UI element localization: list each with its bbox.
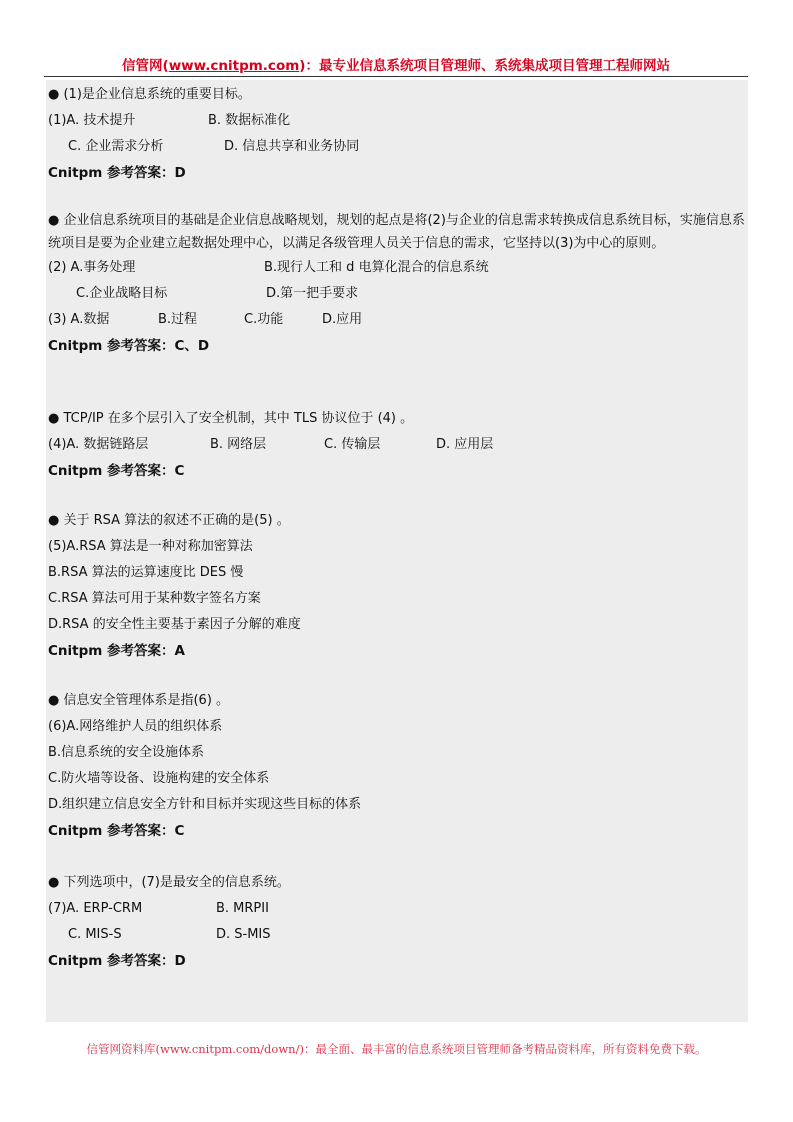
question-stem: ● 信息安全管理体系是指(6) 。 — [48, 688, 748, 714]
question-4: ● TCP/IP 在多个层引入了安全机制，其中 TLS 协议位于 (4) 。 (… — [48, 406, 748, 484]
option-row: (2) A.事务处理 B.现行人工和 d 电算化混合的信息系统 — [48, 255, 748, 281]
question-stem: ● 下列选项中，(7)是最安全的信息系统。 — [48, 870, 748, 896]
option-c: C.RSA 算法可用于某种数字签名方案 — [48, 586, 748, 612]
option-row: (3) A.数据 B.过程 C.功能 D.应用 — [48, 307, 748, 333]
option-d: D.第一把手要求 — [266, 281, 358, 307]
header-site-link[interactable]: www.cnitpm.com — [169, 58, 300, 74]
option-a: (4)A. 数据链路层 — [48, 432, 148, 458]
option-d: D.组织建立信息安全方针和目标并实现这些目标的体系 — [48, 792, 748, 818]
option-c: C.企业战略目标 — [76, 281, 167, 307]
question-5: ● 关于 RSA 算法的叙述不正确的是(5) 。 (5)A.RSA 算法是一种对… — [48, 508, 748, 664]
option-b: B. MRPII — [216, 896, 269, 922]
answer-label: Cnitpm 参考答案：C — [48, 458, 748, 484]
option-c: C.功能 — [244, 307, 283, 333]
option-b: B.过程 — [158, 307, 197, 333]
question-6: ● 信息安全管理体系是指(6) 。 (6)A.网络维护人员的组织体系 B.信息系… — [48, 688, 748, 844]
option-c: C.防火墙等设备、设施构建的安全体系 — [48, 766, 748, 792]
option-row: (1)A. 技术提升 B. 数据标准化 — [48, 108, 748, 134]
option-row: (4)A. 数据链路层 B. 网络层 C. 传输层 D. 应用层 — [48, 432, 748, 458]
question-stem: ● 企业信息系统项目的基础是企业信息战略规划，规划的起点是将(2)与企业的信息需… — [48, 208, 748, 255]
option-c: C. MIS-S — [68, 922, 122, 948]
option-c: C. 传输层 — [324, 432, 380, 458]
question-panel: ● (1)是企业信息系统的重要目标。 (1)A. 技术提升 B. 数据标准化 C… — [46, 80, 748, 1022]
page-header: 信管网(www.cnitpm.com)：最专业信息系统项目管理师、系统集成项目管… — [44, 56, 748, 76]
option-b: B. 数据标准化 — [208, 108, 290, 134]
option-a: (2) A.事务处理 — [48, 255, 135, 281]
header-prefix: 信管网( — [122, 58, 169, 74]
option-b: B.信息系统的安全设施体系 — [48, 740, 748, 766]
question-stem: ● 关于 RSA 算法的叙述不正确的是(5) 。 — [48, 508, 748, 534]
question-2: ● 企业信息系统项目的基础是企业信息战略规划，规划的起点是将(2)与企业的信息需… — [48, 208, 748, 359]
answer-label: Cnitpm 参考答案：D — [48, 160, 748, 186]
option-row: C. 企业需求分析 D. 信息共享和业务协同 — [48, 134, 748, 160]
option-c: C. 企业需求分析 — [68, 134, 163, 160]
question-7: ● 下列选项中，(7)是最安全的信息系统。 (7)A. ERP-CRM B. M… — [48, 870, 748, 974]
answer-label: Cnitpm 参考答案：D — [48, 948, 748, 974]
header-divider — [44, 76, 748, 77]
option-row: C. MIS-S D. S-MIS — [48, 922, 748, 948]
answer-label: Cnitpm 参考答案：A — [48, 638, 748, 664]
option-row: (7)A. ERP-CRM B. MRPII — [48, 896, 748, 922]
answer-label: Cnitpm 参考答案：C、D — [48, 333, 748, 359]
answer-label: Cnitpm 参考答案：C — [48, 818, 748, 844]
option-a: (6)A.网络维护人员的组织体系 — [48, 714, 748, 740]
header-suffix: )：最专业信息系统项目管理师、系统集成项目管理工程师网站 — [299, 58, 670, 74]
option-b: B. 网络层 — [210, 432, 266, 458]
option-d: D. S-MIS — [216, 922, 271, 948]
option-b: B.现行人工和 d 电算化混合的信息系统 — [264, 255, 489, 281]
option-d: D. 应用层 — [436, 432, 493, 458]
option-a: (5)A.RSA 算法是一种对称加密算法 — [48, 534, 748, 560]
question-stem: ● (1)是企业信息系统的重要目标。 — [48, 82, 748, 108]
option-a: (1)A. 技术提升 — [48, 108, 135, 134]
option-d: D.应用 — [322, 307, 362, 333]
question-stem: ● TCP/IP 在多个层引入了安全机制，其中 TLS 协议位于 (4) 。 — [48, 406, 748, 432]
question-1: ● (1)是企业信息系统的重要目标。 (1)A. 技术提升 B. 数据标准化 C… — [48, 82, 748, 186]
option-row: C.企业战略目标 D.第一把手要求 — [48, 281, 748, 307]
option-b: B.RSA 算法的运算速度比 DES 慢 — [48, 560, 748, 586]
option-d: D. 信息共享和业务协同 — [224, 134, 359, 160]
option-a: (3) A.数据 — [48, 307, 109, 333]
option-a: (7)A. ERP-CRM — [48, 896, 142, 922]
page-footer: 信管网资料库(www.cnitpm.com/down/)：最全面、最丰富的信息系… — [0, 1040, 793, 1058]
option-d: D.RSA 的安全性主要基于素因子分解的难度 — [48, 612, 748, 638]
